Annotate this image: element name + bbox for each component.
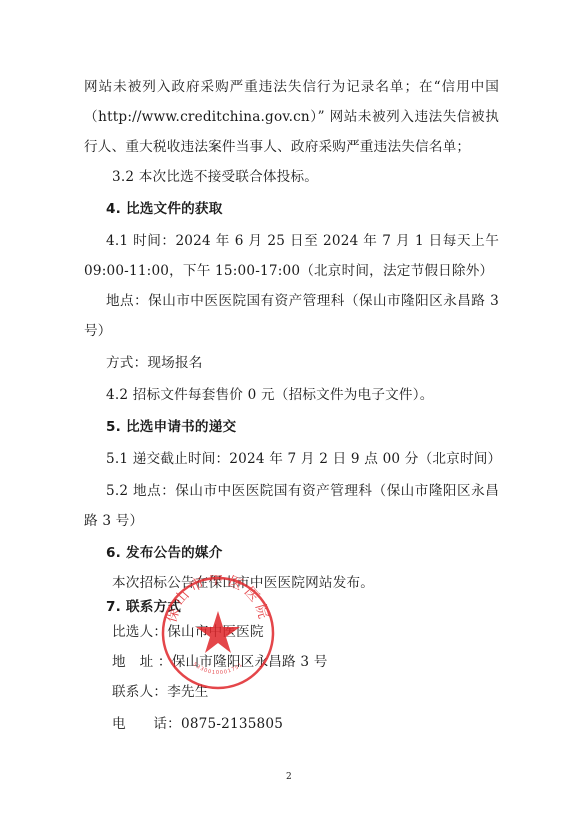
section-heading-4: 4. 比选文件的获取 [106,200,223,218]
contact-value: 0875-2135805 [181,716,283,732]
paragraph-line: 5.1 递交截止时间：2024 年 7 月 2 日 9 点 00 分（北京时间） [106,450,501,468]
page-number: 2 [286,772,292,782]
paragraph-line: 4.1 时间：2024 年 6 月 25 日至 2024 年 7 月 1 日每天… [106,232,499,250]
document-page: 网站未被列入政府采购严重违法失信行为记录名单；在“信用中国 （http://ww… [0,0,585,833]
paragraph-line: 09:00-11:00，下午 15:00-17:00（北京时间，法定节假日除外） [84,262,493,280]
contact-line: 电 话：0875-2135805 [112,715,283,733]
contact-label: 联系人： [112,684,167,700]
paragraph-line: 号） [84,322,112,340]
contact-value: 保山市中医医院 [167,624,264,640]
contact-label: 地 址 ： [112,654,172,670]
section-heading-6: 6. 发布公告的媒介 [106,544,223,562]
contact-value: 保山市隆阳区永昌路 3 号 [172,654,328,670]
paragraph-line: 4.2 招标文件每套售价 0 元（招标文件为电子文件）。 [106,386,434,404]
paragraph-line: 网站未被列入政府采购严重违法失信行为记录名单；在“信用中国 [84,78,499,96]
paragraph-line: （http://www.creditchina.gov.cn）” 网站未被列入违… [84,108,499,126]
section-heading-5: 5. 比选申请书的递交 [106,418,236,436]
contact-label: 电 话： [112,716,181,732]
paragraph-line: 行人、重大税收违法案件当事人、政府采购严重违法失信名单； [84,138,470,156]
section-heading-7: 7. 联系方式 [106,598,181,616]
contact-label: 比选人： [112,624,167,640]
contact-line: 比选人：保山市中医医院 [112,623,264,641]
paragraph-line: 方式：现场报名 [106,354,203,372]
paragraph-line: 本次招标公告在保山市中医医院网站发布。 [112,574,374,592]
contact-value: 李先生 [167,684,208,700]
paragraph-line: 3.2 本次比选不接受联合体投标。 [112,168,318,186]
paragraph-line: 路 3 号） [84,512,143,530]
contact-line: 联系人：李先生 [112,683,209,701]
paragraph-line: 地点：保山市中医医院国有资产管理科（保山市隆阳区永昌路 3 [106,292,499,310]
paragraph-line: 5.2 地点：保山市中医医院国有资产管理科（保山市隆阳区永昌 [106,482,499,500]
contact-line: 地 址 ：保山市隆阳区永昌路 3 号 [112,653,328,671]
